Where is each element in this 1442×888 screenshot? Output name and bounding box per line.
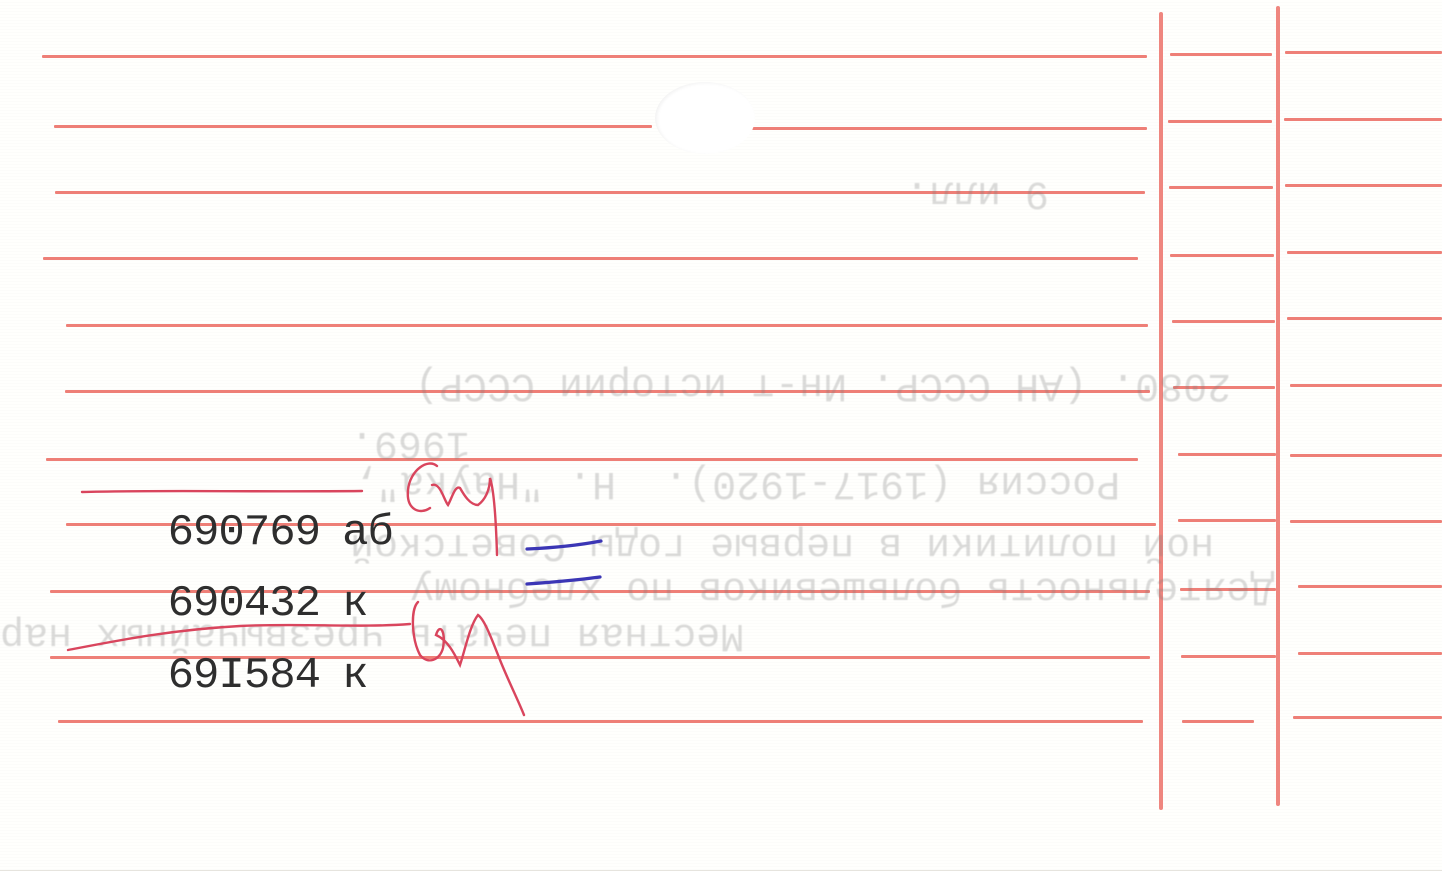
card-bottom-edge <box>0 870 1442 888</box>
strikethrough-mark-entry-1 <box>82 463 497 555</box>
catalog-card: 9 илл. 2080. (АН СССР. Ин-т истории СССР… <box>0 0 1442 870</box>
double-dash-mark-entry-2 <box>527 541 601 584</box>
strikethrough-mark-entry-3 <box>68 602 524 715</box>
handwritten-annotations <box>0 0 1442 888</box>
